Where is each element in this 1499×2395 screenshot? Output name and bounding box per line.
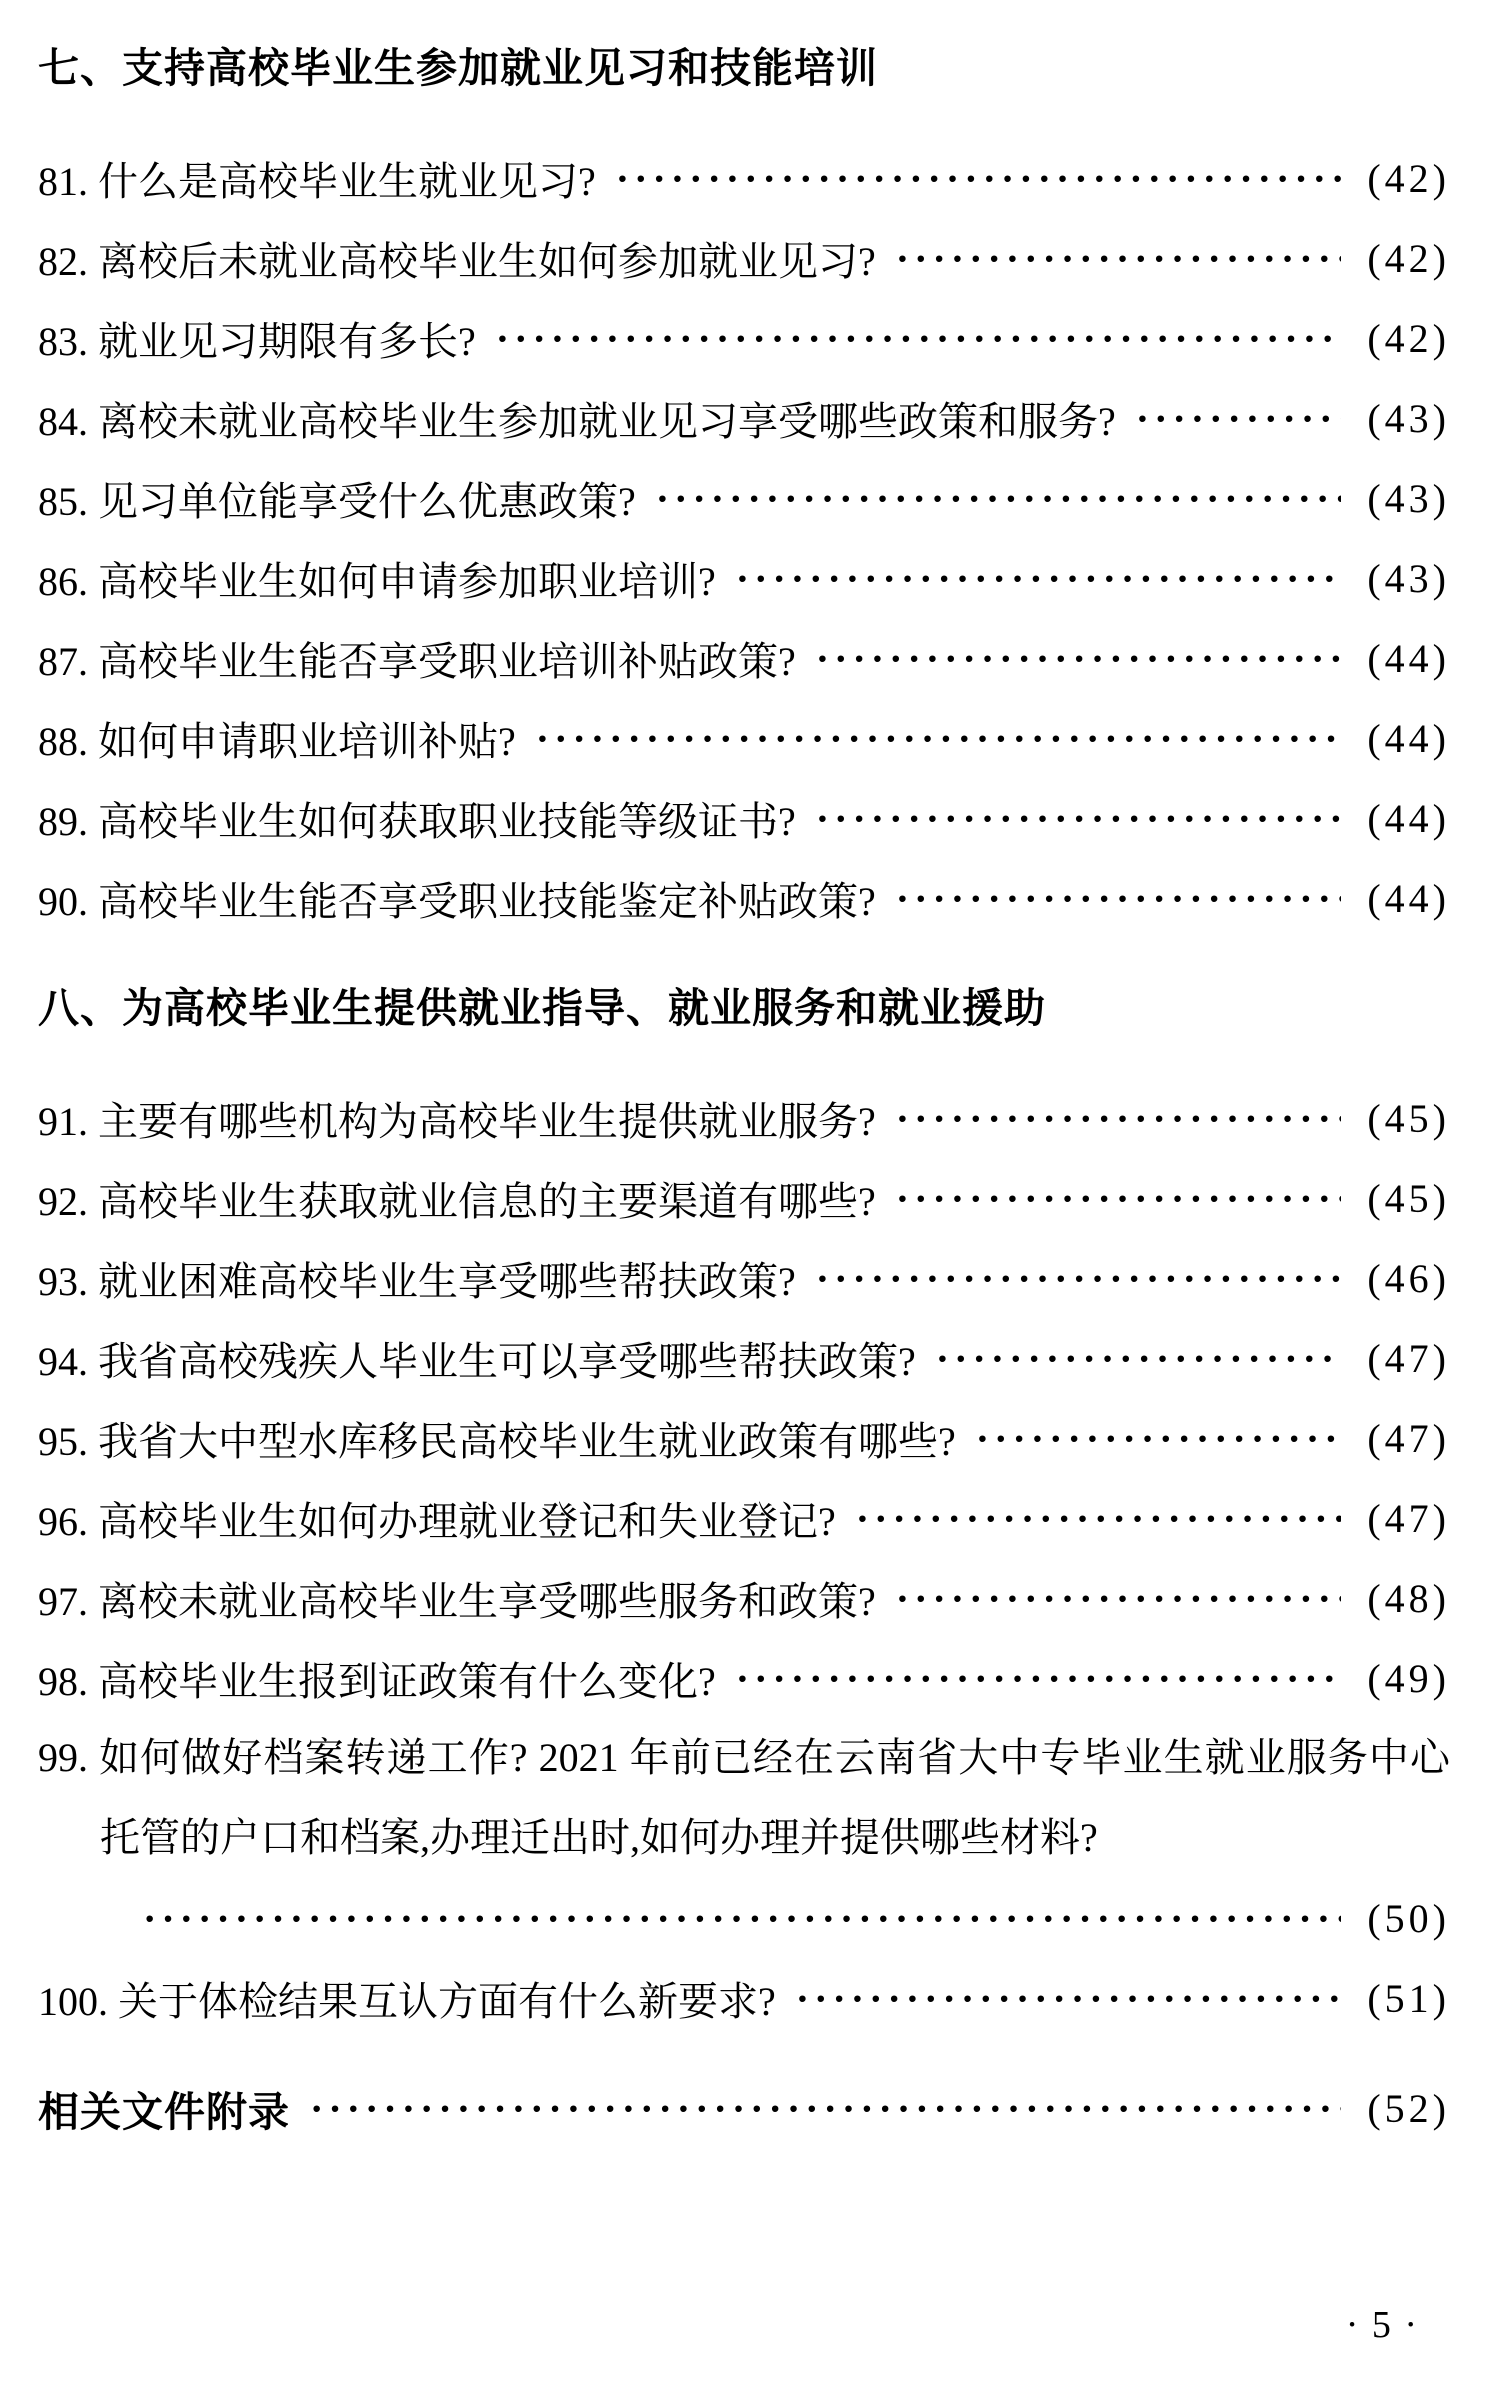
toc-entry-label: 92. 高校毕业生获取就业信息的主要渠道有哪些? xyxy=(38,1170,876,1227)
toc-entry-label: 88. 如何申请职业培训补贴? xyxy=(38,710,516,767)
toc-entry-label: 95. 我省大中型水库移民高校毕业生就业政策有哪些? xyxy=(38,1410,956,1467)
dot-leader: ········································… xyxy=(143,1895,1341,1942)
dot-leader: ········································… xyxy=(616,155,1342,202)
section-items: 91. 主要有哪些机构为高校毕业生提供就业服务? ···············… xyxy=(38,1078,1450,2038)
toc-entry-page: (48) xyxy=(1367,1575,1450,1622)
section-heading: 七、支持高校毕业生参加就业见习和技能培训 xyxy=(38,28,1450,108)
toc-entry: 94. 我省高校残疾人毕业生可以享受哪些帮扶政策? ··············… xyxy=(38,1318,1450,1398)
toc-section: 七、支持高校毕业生参加就业见习和技能培训 81. 什么是高校毕业生就业见习? ·… xyxy=(38,28,1450,938)
toc-entry: 98. 高校毕业生报到证政策有什么变化? ···················… xyxy=(38,1638,1450,1718)
toc-entry-page: (44) xyxy=(1367,635,1450,682)
dot-leader: ········································… xyxy=(816,635,1342,682)
section-items: 81. 什么是高校毕业生就业见习? ······················… xyxy=(38,138,1450,938)
dot-leader: ········································… xyxy=(936,1335,1342,1382)
dot-leader: ········································… xyxy=(1136,395,1342,442)
toc-entry-label: 81. 什么是高校毕业生就业见习? xyxy=(38,150,596,207)
toc-entry-label: 96. 高校毕业生如何办理就业登记和失业登记? xyxy=(38,1490,836,1547)
appendix-entry: 相关文件附录 ·································… xyxy=(38,2068,1450,2148)
toc-entry-page: (46) xyxy=(1367,1255,1450,1302)
toc-entry-page: (49) xyxy=(1367,1655,1450,1702)
toc-entry: 81. 什么是高校毕业生就业见习? ······················… xyxy=(38,138,1450,218)
toc-entry-page: (44) xyxy=(1367,875,1450,922)
document-page: 七、支持高校毕业生参加就业见习和技能培训 81. 什么是高校毕业生就业见习? ·… xyxy=(0,0,1499,2395)
table-of-contents: 七、支持高校毕业生参加就业见习和技能培训 81. 什么是高校毕业生就业见习? ·… xyxy=(38,28,1450,2148)
toc-entry-label: 90. 高校毕业生能否享受职业技能鉴定补贴政策? xyxy=(38,870,876,927)
toc-entry-page: (47) xyxy=(1367,1495,1450,1542)
dot-leader: ········································… xyxy=(976,1415,1342,1462)
dot-leader: ········································… xyxy=(736,555,1342,602)
toc-entry-page: (45) xyxy=(1367,1095,1450,1142)
toc-entry-page: (42) xyxy=(1367,235,1450,282)
dot-leader: ········································… xyxy=(496,315,1342,362)
toc-entry-page: (44) xyxy=(1367,795,1450,842)
toc-entry: 96. 高校毕业生如何办理就业登记和失业登记? ················… xyxy=(38,1478,1450,1558)
dot-leader: ········································… xyxy=(896,1175,1342,1222)
toc-entry: 97. 离校未就业高校毕业生享受哪些服务和政策? ···············… xyxy=(38,1558,1450,1638)
toc-entry-page: (43) xyxy=(1367,555,1450,602)
toc-entry-label: 85. 见习单位能享受什么优惠政策? xyxy=(38,470,636,527)
toc-entry-label: 100. 关于体检结果互认方面有什么新要求? xyxy=(38,1970,776,2027)
dot-leader: ········································… xyxy=(816,795,1342,842)
dot-leader: ········································… xyxy=(656,475,1342,522)
dot-leader: ········································… xyxy=(796,1975,1342,2022)
toc-entry: 93. 就业困难高校毕业生享受哪些帮扶政策? ·················… xyxy=(38,1238,1450,1318)
toc-entry-label: 87. 高校毕业生能否享受职业培训补贴政策? xyxy=(38,630,796,687)
toc-entry: 84. 离校未就业高校毕业生参加就业见习享受哪些政策和服务? ·········… xyxy=(38,378,1450,458)
toc-entry: 87. 高校毕业生能否享受职业培训补贴政策? ·················… xyxy=(38,618,1450,698)
toc-entry: 91. 主要有哪些机构为高校毕业生提供就业服务? ···············… xyxy=(38,1078,1450,1158)
toc-entry-label: 86. 高校毕业生如何申请参加职业培训? xyxy=(38,550,716,607)
toc-entry-page: (42) xyxy=(1367,315,1450,362)
toc-entry-page: (43) xyxy=(1367,475,1450,522)
toc-entry-label: 83. 就业见习期限有多长? xyxy=(38,310,476,367)
toc-entry-page: (50) xyxy=(1367,1895,1450,1942)
toc-entry-label: 相关文件附录 xyxy=(38,2079,290,2138)
toc-entry-page: (45) xyxy=(1367,1175,1450,1222)
dot-leader: ········································… xyxy=(896,875,1342,922)
toc-entry-label: 94. 我省高校残疾人毕业生可以享受哪些帮扶政策? xyxy=(38,1330,916,1387)
toc-section: 八、为高校毕业生提供就业指导、就业服务和就业援助 91. 主要有哪些机构为高校毕… xyxy=(38,968,1450,2038)
toc-entry-label: 91. 主要有哪些机构为高校毕业生提供就业服务? xyxy=(38,1090,876,1147)
toc-entry: 99. 如何做好档案转递工作? 2021 年前已经在云南省大中专毕业生就业服务中… xyxy=(38,1718,1450,1958)
toc-entry: 90. 高校毕业生能否享受职业技能鉴定补贴政策? ···············… xyxy=(38,858,1450,938)
dot-leader: ········································… xyxy=(896,1095,1342,1142)
toc-entry: 89. 高校毕业生如何获取职业技能等级证书? ·················… xyxy=(38,778,1450,858)
toc-entry-page: (43) xyxy=(1367,395,1450,442)
toc-entry-label: 93. 就业困难高校毕业生享受哪些帮扶政策? xyxy=(38,1250,796,1307)
toc-entry: 86. 高校毕业生如何申请参加职业培训? ···················… xyxy=(38,538,1450,618)
toc-entry-label: 98. 高校毕业生报到证政策有什么变化? xyxy=(38,1650,716,1707)
section-heading: 八、为高校毕业生提供就业指导、就业服务和就业援助 xyxy=(38,968,1450,1048)
toc-entry-page: (51) xyxy=(1367,1975,1450,2022)
toc-entry: 95. 我省大中型水库移民高校毕业生就业政策有哪些? ·············… xyxy=(38,1398,1450,1478)
page-number: · 5 · xyxy=(1346,2303,1419,2347)
dot-leader: ········································… xyxy=(896,1575,1342,1622)
dot-leader: ········································… xyxy=(536,715,1342,762)
dot-leader: ········································… xyxy=(896,235,1342,282)
toc-entry-page: (47) xyxy=(1367,1335,1450,1382)
toc-entry-page: (42) xyxy=(1367,155,1450,202)
dot-leader: ········································… xyxy=(310,2085,1341,2132)
toc-entry-label: 97. 离校未就业高校毕业生享受哪些服务和政策? xyxy=(38,1570,876,1627)
toc-entry: 82. 离校后未就业高校毕业生如何参加就业见习? ···············… xyxy=(38,218,1450,298)
dot-leader: ········································… xyxy=(816,1255,1342,1302)
toc-entry-label: 89. 高校毕业生如何获取职业技能等级证书? xyxy=(38,790,796,847)
toc-entry-label: 99. 如何做好档案转递工作? 2021 年前已经在云南省大中专毕业生就业服务中… xyxy=(38,1718,1450,1878)
toc-entry-label: 84. 离校未就业高校毕业生参加就业见习享受哪些政策和服务? xyxy=(38,390,1116,447)
toc-entry-leader-row: ········································… xyxy=(123,1878,1450,1958)
dot-leader: ········································… xyxy=(856,1495,1342,1542)
toc-entry: 100. 关于体检结果互认方面有什么新要求? ·················… xyxy=(38,1958,1450,2038)
toc-entry-label: 82. 离校后未就业高校毕业生如何参加就业见习? xyxy=(38,230,876,287)
toc-entry-page: (52) xyxy=(1367,2085,1450,2132)
toc-entry-page: (47) xyxy=(1367,1415,1450,1462)
dot-leader: ········································… xyxy=(736,1655,1342,1702)
toc-entry: 92. 高校毕业生获取就业信息的主要渠道有哪些? ···············… xyxy=(38,1158,1450,1238)
toc-entry: 85. 见习单位能享受什么优惠政策? ·····················… xyxy=(38,458,1450,538)
toc-entry: 83. 就业见习期限有多长? ·························… xyxy=(38,298,1450,378)
toc-entry: 88. 如何申请职业培训补贴? ························… xyxy=(38,698,1450,778)
toc-entry-page: (44) xyxy=(1367,715,1450,762)
